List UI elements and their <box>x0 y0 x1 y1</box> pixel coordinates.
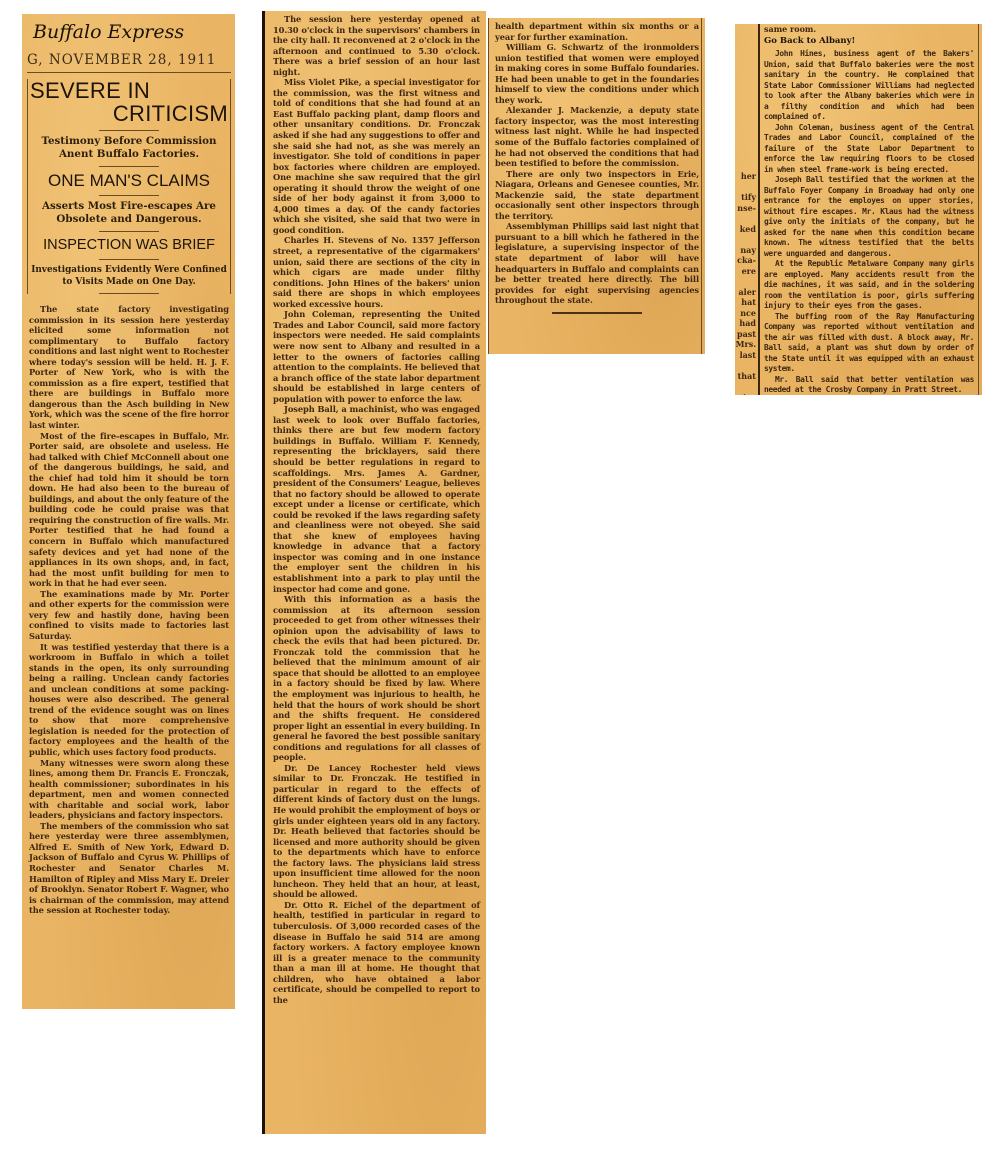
clipping-column-3: health department within six months or a… <box>488 18 705 354</box>
fragment-text: aler <box>735 287 757 298</box>
article-column-4: same room. Go Back to Albany! John Hines… <box>764 24 974 395</box>
paragraph: The members of the commission who sat he… <box>29 821 229 916</box>
paragraph: At the Republic Metalware Company many g… <box>764 259 974 312</box>
deck-3: Investigations Evidently Were Confined t… <box>28 264 230 288</box>
column-rule <box>978 24 979 395</box>
top-fragment: same room. <box>764 24 974 34</box>
fragment-text <box>735 24 757 35</box>
paragraph: The examinations made by Mr. Porter and … <box>29 589 229 642</box>
column-rule <box>701 18 702 354</box>
fragment-text <box>735 360 757 371</box>
article-column-1: The state factory investigating commissi… <box>27 304 231 916</box>
paragraph: Joseph Ball, a machinist, who was engage… <box>273 404 480 594</box>
paragraph: Most of the fire-escapes in Buffalo, Mr.… <box>29 431 229 589</box>
fragment-text: ere <box>735 266 757 277</box>
fragment-text: nce <box>735 308 757 319</box>
fragment-text <box>735 129 757 140</box>
paragraph: Alexander J. Mackenzie, a deputy state f… <box>495 105 699 168</box>
fragment-text <box>735 140 757 151</box>
fragment-text: Mrs. <box>735 339 757 350</box>
divider <box>99 166 159 167</box>
fragment-text: ked <box>735 224 757 235</box>
fragment-text <box>735 119 757 130</box>
fragment-text <box>735 150 757 161</box>
adjacent-column-fragment: her tifynse- ked naycka-ere alerhatnceha… <box>735 24 757 395</box>
paragraph: The buffing room of the Ray Manufacturin… <box>764 312 974 375</box>
headline-block: SEVERE IN CRITICISM Testimony Before Com… <box>27 79 231 294</box>
headline-line2: CRITICISM <box>30 102 228 125</box>
paragraph: William G. Schwartz of the ironmolders u… <box>495 42 699 105</box>
divider <box>99 293 159 294</box>
clipping-column-4: her tifynse- ked naycka-ere alerhatnceha… <box>735 24 982 395</box>
divider <box>99 259 159 260</box>
paragraph: Assemblyman Phillips said last night tha… <box>495 221 699 305</box>
column-rule <box>758 24 760 395</box>
fragment-text: nay <box>735 245 757 256</box>
masthead-handwritten: Buffalo Express <box>33 14 231 50</box>
clipping-front-page: Buffalo Express G, NOVEMBER 28, 1911 SEV… <box>22 14 235 1009</box>
fragment-text <box>735 276 757 287</box>
fragment-text: hat <box>735 297 757 308</box>
fragment-text: nse- <box>735 203 757 214</box>
headline-line1: SEVERE IN <box>30 78 150 103</box>
article-column-3: health department within six months or a… <box>495 21 699 306</box>
paragraph: It was testified yesterday that there is… <box>29 642 229 758</box>
paragraph: Joseph Ball testified that the workmen a… <box>764 175 974 259</box>
paragraph: Mr. Ball said that better ventilation wa… <box>764 375 974 396</box>
fragment-text <box>735 45 757 56</box>
fragment-text <box>735 56 757 67</box>
clipping-column-2: The session here yesterday opened at 10.… <box>262 11 486 1134</box>
paragraph: John Coleman, business agent of the Cent… <box>764 123 974 176</box>
fragment-text: tify <box>735 192 757 203</box>
paragraph: Charles H. Stevens of No. 1357 Jefferson… <box>273 235 480 309</box>
fragment-text: past <box>735 329 757 340</box>
paragraph: John Hines, business agent of the Bakers… <box>764 49 974 123</box>
fragment-text: cka- <box>735 255 757 266</box>
fragment-text <box>735 381 757 392</box>
subhead-2: INSPECTION WAS BRIEF <box>28 236 230 254</box>
fragment-text <box>735 35 757 46</box>
fragment-text <box>735 66 757 77</box>
dateline: G, NOVEMBER 28, 1911 <box>27 50 231 73</box>
paragraph: The state factory investigating commissi… <box>29 304 229 431</box>
fragment-text <box>735 108 757 119</box>
fragment-text: that <box>735 371 757 382</box>
paragraph: With this information as a basis the com… <box>273 594 480 763</box>
paragraph: The session here yesterday opened at 10.… <box>273 14 480 77</box>
column-4-body: John Hines, business agent of the Bakers… <box>764 49 974 395</box>
fragment-text: last <box>735 350 757 361</box>
paragraph: Dr. De Lancey Rochester held views simil… <box>273 763 480 900</box>
fragment-text <box>735 234 757 245</box>
paragraph: There are only two inspectors in Erie, N… <box>495 169 699 222</box>
fragment-text <box>735 77 757 88</box>
divider <box>99 195 159 196</box>
fragment-text: had <box>735 318 757 329</box>
subhead-1: ONE MAN'S CLAIMS <box>28 171 230 190</box>
deck-1: Testimony Before Commission Anent Buffal… <box>28 135 230 161</box>
headline: SEVERE IN CRITICISM <box>28 79 230 125</box>
paragraph: health department within six months or a… <box>495 21 699 42</box>
fragment-text <box>735 161 757 172</box>
fragment-text: her <box>735 171 757 182</box>
fragment-text <box>735 213 757 224</box>
subhead-go-back-to-albany: Go Back to Albany! <box>764 36 974 46</box>
paragraph: John Coleman, representing the United Tr… <box>273 309 480 404</box>
divider <box>99 231 159 232</box>
divider <box>99 130 159 131</box>
fragment-text <box>735 98 757 109</box>
paragraph: Miss Violet Pike, a special investigator… <box>273 77 480 235</box>
article-column-2: The session here yesterday opened at 10.… <box>273 14 480 1005</box>
fragment-text: nter <box>735 392 757 396</box>
paragraph: Dr. Otto R. Eichel of the department of … <box>273 900 480 1005</box>
end-rule <box>552 312 642 314</box>
deck-2: Asserts Most Fire-escapes Are Obsolete a… <box>28 200 230 226</box>
fragment-text <box>735 182 757 193</box>
fragment-text <box>735 87 757 98</box>
paragraph: Many witnesses were sworn along these li… <box>29 758 229 821</box>
